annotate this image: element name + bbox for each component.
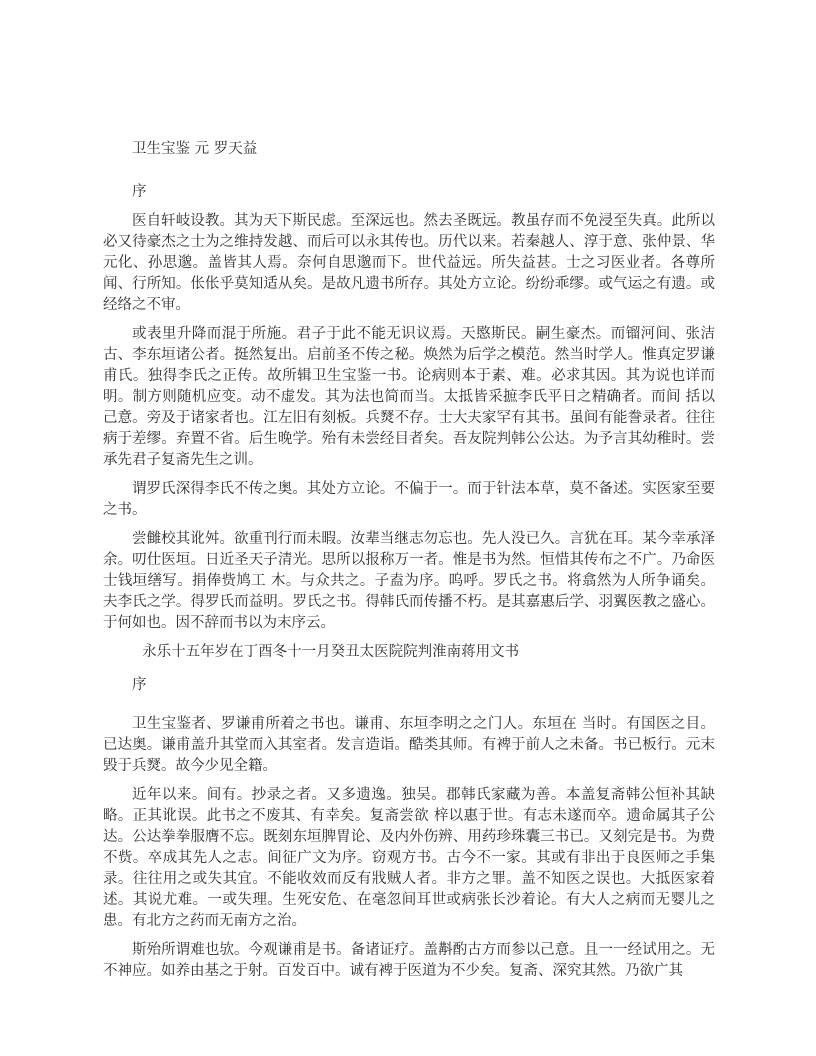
preface-heading-1: 序: [103, 182, 715, 203]
body-paragraph: 或表里升降而混于所施。君子于此不能无识议焉。天愍斯民。嗣生豪杰。而镏河间、张洁古…: [103, 324, 715, 471]
body-paragraph: 谓罗氏深得李氏不传之奥。其处方立论。不偏于一。而于针法本草，莫不备述。实医家至要…: [103, 479, 715, 521]
document-title: 卫生宝鉴 元 罗天益: [103, 139, 715, 160]
signature-date-line: 永乐十五年岁在丁酉冬十一月癸丑太医院院判淮南蒋用文书: [103, 642, 715, 663]
preface-heading-2: 序: [103, 675, 715, 696]
body-paragraph: 斯殆所谓难也欤。今观谦甫是书。备诸证疗。盖斠酌古方而参以己意。且一一经试用之。无…: [103, 940, 715, 982]
document-page: 卫生宝鉴 元 罗天益 序 医自轩岐设教。其为天下斯民虑。至深远也。然去圣既远。教…: [103, 139, 715, 982]
body-paragraph: 近年以来。间有。抄录之者。又多遗逸。独吴。郡韩氏家藏为善。本盖复斋韩公恒补其缺略…: [103, 785, 715, 932]
body-paragraph: 卫生宝鉴者、罗谦甫所着之书也。谦甫、东垣李明之之门人。东垣在 当时。有国医之目。…: [103, 714, 715, 777]
body-paragraph: 医自轩岐设教。其为天下斯民虑。至深远也。然去圣既远。教虽存而不免浸至失真。此所以…: [103, 211, 715, 316]
body-paragraph: 尝雠校其讹舛。欲重刊行而未暇。汝辈当继志勿忘也。先人没已久。言犹在耳。某今幸承泽…: [103, 529, 715, 634]
